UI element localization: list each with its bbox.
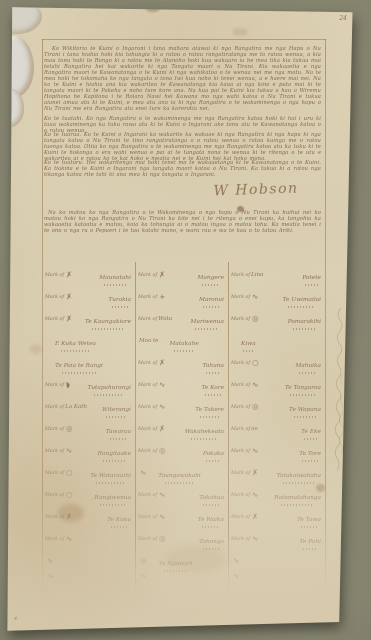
signatory-name-block: Te Eke xyxy=(301,418,321,440)
signature-grid-cell: Mark of∿Te Tangaroa xyxy=(228,374,325,396)
signatory-name-block: Te Wapana xyxy=(289,396,321,418)
signature-grid-cell: Mark of✗Mangere xyxy=(135,264,228,286)
signatory-name: Te Watarauihi xyxy=(90,473,131,479)
squiggle-mark-icon: ∿ xyxy=(47,557,54,565)
mark-of-label: Mark of xyxy=(231,273,250,278)
mark-of-label: Mark of xyxy=(45,471,64,476)
signatory-name: Te Pahi xyxy=(300,539,321,545)
mark-of-label: Mark of xyxy=(231,405,250,410)
signatory-name-block: Potete xyxy=(302,264,321,286)
signatory-name: Kiwa xyxy=(241,341,256,347)
signatory-name-block: Tahuna xyxy=(202,352,224,374)
signature-grid-cell: Mark ofaeTe Eke xyxy=(228,418,325,440)
signatory-name-block: Ratamutahanga xyxy=(274,484,321,506)
docket-annotation xyxy=(331,294,343,474)
mark-script-text: ae xyxy=(251,426,258,432)
signatory-name-block: Rangiwenua xyxy=(94,484,131,506)
corner-notation: 4. xyxy=(14,616,19,622)
signatory-name: Te Paia te Rangi xyxy=(55,363,103,369)
squiggle-mark-icon: ∿ xyxy=(159,513,166,521)
mark-of-label: Mark of xyxy=(138,295,157,300)
signatory-name-block: Matakahe xyxy=(169,330,198,352)
mark-of-label: Mark of xyxy=(231,515,250,520)
signature-grid-row: Mark of✗TurakiaMark of+MaronuiMark of∿Te… xyxy=(42,286,325,308)
squiggle-mark-icon: ∿ xyxy=(252,381,259,389)
signatory-name: Te Takere xyxy=(195,407,224,413)
signature-grid-row: Mark ofLa KathWiterangiMark of∿Te Takere… xyxy=(42,396,325,418)
signature-grid-cell: Mark of∿Te Uwimailai xyxy=(228,286,325,308)
mark-of-label: Mark of xyxy=(138,427,157,432)
seal-mark-icon: ◎ xyxy=(66,425,74,433)
circle-mark-icon: ○ xyxy=(66,491,74,499)
squiggle-mark-icon: ∿ xyxy=(47,572,54,580)
seal-mark-icon: ◎ xyxy=(159,447,167,455)
signature-grid-cell: Mark of✗Maunatahi xyxy=(42,264,135,286)
signatory-name-block: Pokaka xyxy=(203,440,224,462)
x-mark-icon: ✗ xyxy=(66,513,73,521)
signature-grid-cell: Te Paia te Rangi xyxy=(42,352,135,374)
treaty-article-3: Ko te tuatoru. Hei wakaritenga mai hoki … xyxy=(44,160,321,178)
mark-of-label: Mark of xyxy=(45,515,64,520)
signature-grid-row: E Kuka WeteaMoa teMatakaheKiwa xyxy=(42,330,325,352)
squiggle-mark-icon: ∿ xyxy=(252,535,259,543)
signatory-name: Potete xyxy=(302,275,321,281)
signature-grid-row: ∿∿∿ xyxy=(42,572,325,580)
signatory-name-block: Rangitaake xyxy=(98,440,131,462)
mark-of-label: Mark of xyxy=(45,405,64,410)
mark-script-text: Moa te xyxy=(139,338,158,344)
mark-of-label: Mark of xyxy=(45,273,64,278)
mark-of-label: Mark of xyxy=(231,537,250,542)
squiggle-mark-icon: ∿ xyxy=(140,572,147,580)
mark-of-label: Mark of xyxy=(138,449,157,454)
signatory-name: Tawarau xyxy=(106,429,131,435)
signatory-name-block: Te Paia te Rangi xyxy=(55,352,103,374)
signatory-name-block: Maronui xyxy=(199,286,224,308)
seal-mark-icon: ◎ xyxy=(252,315,260,323)
signature-grid-row: Mark of◗TutapahurangiMark of∿Te KoreMark… xyxy=(42,374,325,396)
mark-of-label: Mark of xyxy=(138,405,157,410)
signatory-name: Turakia xyxy=(108,297,131,303)
squiggle-mark-icon: ∿ xyxy=(252,293,259,301)
signature-grid-row: Mark of○RangiwenuaMark of∿TakahuaMark of… xyxy=(42,484,325,506)
mark-of-label: Mark of xyxy=(45,449,64,454)
stain xyxy=(232,28,248,36)
torn-patch xyxy=(2,4,42,34)
mark-of-label: Mark of xyxy=(138,273,157,278)
signatory-name-block: Te Kaungakiore xyxy=(85,308,131,330)
signature-grid-cell: Mark of◎Tohonga xyxy=(135,528,228,550)
seal-mark-icon: ◎ xyxy=(252,403,260,411)
signatory-name: Wakahekeata xyxy=(185,429,224,435)
signature-grid-cell: Mark of∿Ratamutahanga xyxy=(228,484,325,506)
seal-mark-icon: ◎ xyxy=(159,535,167,543)
signatory-name-block: Te Tawa xyxy=(297,506,321,528)
frame-right-rule xyxy=(325,39,326,593)
mark-of-label: Mark of xyxy=(45,383,64,388)
signature-grid-row: Mark of✗Te KukuMark of∿Te WaikaMark of✗T… xyxy=(42,506,325,528)
signature-grid-row: ∿◎Te Ngawari∿ xyxy=(42,550,325,572)
signatory-name-block: Te Pahi xyxy=(300,528,321,550)
attestation-paragraph: Na ko matou ko nga Rangatira o te Wakami… xyxy=(44,210,321,234)
signatory-name-block: Te Ngawari xyxy=(159,550,193,572)
squiggle-mark-icon: ∿ xyxy=(140,469,147,477)
signatory-name: E Kuka Wetea xyxy=(55,341,96,347)
signatory-name: Takahua xyxy=(199,495,224,501)
signatory-name-block: Te Watarauihi xyxy=(90,462,131,484)
signatory-name: Te Tangaroa xyxy=(285,385,321,391)
signatory-name: Taungawakahi xyxy=(158,473,200,479)
signature-grid-row: Mark of✗MaunatahiMark of✗MangereMark ofL… xyxy=(42,264,325,286)
signatory-name-block: Te Uwimailai xyxy=(283,286,321,308)
signatory-name: Ratamutahanga xyxy=(274,495,321,501)
circle-mark-icon: ○ xyxy=(66,469,74,477)
plus-mark-icon: + xyxy=(159,293,166,301)
x-mark-icon: ✗ xyxy=(66,315,73,323)
squiggle-mark-icon: ∿ xyxy=(233,557,240,565)
signatory-name: Muriwenua xyxy=(190,319,224,325)
signatory-name: Matakahe xyxy=(169,341,198,347)
signatory-name: Te Kuku xyxy=(107,517,131,523)
signatory-name-block: Te Waika xyxy=(198,506,224,528)
squiggle-mark-icon: ∿ xyxy=(66,535,73,543)
frame-top-rule xyxy=(42,39,326,40)
signatory-name-block: Te Kore xyxy=(201,374,224,396)
mark-of-label: Mark of xyxy=(138,493,157,498)
signatory-name-block: E Kuka Wetea xyxy=(55,330,96,352)
page-number: 24 xyxy=(339,15,347,22)
mark-of-label: Mark of xyxy=(138,361,157,366)
mark-of-label: Mark of xyxy=(45,537,64,542)
signature-grid-cell: ∿ xyxy=(228,572,325,580)
signature-grid-cell: Mark of○Te Watarauihi xyxy=(42,462,135,484)
signatory-name: Te Tawa xyxy=(297,517,321,523)
signature-grid-cell: Mark of∿Te Pahi xyxy=(228,528,325,550)
photo-background: 24 Ko Wikitoria te Kuini o Ingarani i ta… xyxy=(0,0,371,640)
signature-grid-cell: Mark of∿Te Waika xyxy=(135,506,228,528)
signature-grid-cell: Moa teMatakahe xyxy=(135,330,228,352)
mark-of-label: Mark of xyxy=(231,471,250,476)
signatory-name: Tutapahurangi xyxy=(87,385,131,391)
signatory-name-block: Turakia xyxy=(108,286,131,308)
leaf-mark-icon: ◗ xyxy=(66,381,71,389)
signature-grid-cell: ∿ xyxy=(135,572,228,580)
torn-patch xyxy=(0,88,24,128)
signature-grid-cell: ∿ xyxy=(228,550,325,572)
squiggle-mark-icon: ∿ xyxy=(233,572,240,580)
hobson-signature: W Hobson xyxy=(191,180,321,201)
treaty-preamble: Ko Wikitoria te Kuini o Ingarani i tana … xyxy=(44,46,321,112)
signatory-name: Tatakaiwahaha xyxy=(277,473,321,479)
x-mark-icon: ✗ xyxy=(66,271,73,279)
signature-grid-cell: Mark of◎Te Wapana xyxy=(228,396,325,418)
squiggle-mark-icon: ∿ xyxy=(66,447,73,455)
signatory-name: Rangitaake xyxy=(98,451,131,457)
signature-grid: Mark of✗MaunatahiMark of✗MangereMark ofL… xyxy=(42,264,325,514)
mark-of-label: Mark of xyxy=(45,295,64,300)
signatory-name-block: Mahuika xyxy=(295,352,321,374)
treaty-article-2: Ko te tuarua. Ko te Kuini o Ingarani ka … xyxy=(44,132,321,162)
mark-of-label: Mark of xyxy=(231,361,250,366)
signatory-name: Mahuika xyxy=(295,363,321,369)
signatory-name-block: Tutapahurangi xyxy=(87,374,131,396)
mark-of-label: Mark of xyxy=(231,383,250,388)
signature-grid-cell: ∿ xyxy=(42,572,135,580)
signature-grid-cell: Mark of+Maronui xyxy=(135,286,228,308)
stain xyxy=(146,5,160,12)
signature-grid-cell: Mark ofLa KathWiterangi xyxy=(42,396,135,418)
signatory-name: Mangere xyxy=(198,275,224,281)
torn-patch xyxy=(0,36,34,98)
signatory-name: Te Tore xyxy=(299,451,321,457)
signature-grid-row: Mark of✗Te KaungakioreMark ofWataMuriwen… xyxy=(42,308,325,330)
signatory-name-block: Te Takere xyxy=(195,396,224,418)
signature-grid-cell: ∿Taungawakahi xyxy=(135,462,228,484)
signatory-name-block: Pomarakihi xyxy=(288,308,321,330)
signatory-name-block: Witerangi xyxy=(102,396,131,418)
signature-grid-cell: Mark of✗Wakahekeata xyxy=(135,418,228,440)
signatory-name: Te Eke xyxy=(301,429,321,435)
mark-of-label: Mark of xyxy=(231,493,250,498)
paper-shadow-wrap: 24 Ko Wikitoria te Kuini o Ingarani i ta… xyxy=(0,0,371,640)
mark-of-label: Mark of xyxy=(45,427,64,432)
signatory-name-block: Takahua xyxy=(199,484,224,506)
mark-of-label: Mark of xyxy=(138,515,157,520)
mark-of-label: Mark of xyxy=(231,295,250,300)
signature-grid-cell: Mark of◗Tutapahurangi xyxy=(42,374,135,396)
squiggle-mark-icon: ∿ xyxy=(252,447,259,455)
signature-grid-cell: ∿ xyxy=(42,550,135,572)
signature-grid-cell: ◎Te Ngawari xyxy=(135,550,228,572)
x-mark-icon: ✗ xyxy=(252,513,259,521)
signature-grid-cell: Mark of∿Takahua xyxy=(135,484,228,506)
x-mark-icon: ✗ xyxy=(159,425,166,433)
signature-grid-cell: Mark of✗Tatakaiwahaha xyxy=(228,462,325,484)
signature-grid-cell: Kiwa xyxy=(228,330,325,352)
signatory-name: Te Waika xyxy=(198,517,224,523)
signatory-name: Pokaka xyxy=(203,451,224,457)
x-mark-icon: ✗ xyxy=(159,271,166,279)
mark-of-label: Mark of xyxy=(138,317,157,322)
signatory-name-block: Tawarau xyxy=(106,418,131,440)
signatory-name: Tohonga xyxy=(199,539,224,545)
signatory-name: Te Kore xyxy=(201,385,224,391)
mark-of-label: Mark of xyxy=(231,317,250,322)
signature-grid-cell: Mark of✗Te Kaungakiore xyxy=(42,308,135,330)
signatory-name-block: Tatakaiwahaha xyxy=(277,462,321,484)
signatory-name: Te Ngawari xyxy=(159,561,193,567)
signature-grid-cell: Mark of∿Te Tore xyxy=(228,440,325,462)
signature-grid-cell: Mark of✗Tahuna xyxy=(135,352,228,374)
signature-grid-cell: Mark of∿ xyxy=(42,528,135,550)
signatory-name-block: Kiwa xyxy=(241,330,256,352)
signatory-name: Rangiwenua xyxy=(94,495,131,501)
mark-script-text: La Kath xyxy=(65,404,87,410)
signature-grid-cell: Mark of○Rangiwenua xyxy=(42,484,135,506)
signature-grid-cell: Mark of✗Te Kuku xyxy=(42,506,135,528)
squiggle-mark-icon: ∿ xyxy=(252,491,259,499)
signatory-name: Te Wapana xyxy=(289,407,321,413)
signature-grid-cell: Mark of◎Pokaka xyxy=(135,440,228,462)
signatory-name: Tahuna xyxy=(202,363,224,369)
signature-grid-row: Mark of∿RangitaakeMark of◎PokakaMark of∿… xyxy=(42,440,325,462)
signature-grid-row: Mark of∿Mark of◎TohongaMark of∿Te Pahi xyxy=(42,528,325,550)
document-paper: 24 Ko Wikitoria te Kuini o Ingarani i ta… xyxy=(6,6,356,632)
mark-of-label: Mark of xyxy=(138,383,157,388)
signature-grid-cell: Mark of◎Tawarau xyxy=(42,418,135,440)
signatory-name-block: Muriwenua xyxy=(190,308,224,330)
mark-of-label: Mark of xyxy=(45,493,64,498)
x-mark-icon: ✗ xyxy=(252,469,259,477)
squiggle-mark-icon: ∿ xyxy=(159,381,166,389)
x-mark-icon: ✗ xyxy=(159,359,166,367)
signatory-name-block: Te Kuku xyxy=(107,506,131,528)
signatory-name-block: Tohonga xyxy=(199,528,224,550)
signature-grid-row: Te Paia te RangiMark of✗TahunaMark of○Ma… xyxy=(42,352,325,374)
mark-of-label: Mark of xyxy=(45,317,64,322)
signature-grid-cell: Mark ofWataMuriwenua xyxy=(135,308,228,330)
circle-mark-icon: ○ xyxy=(252,359,260,367)
signature-grid-row: Mark of◎TawarauMark of✗WakahekeataMark o… xyxy=(42,418,325,440)
signature-grid-cell: Mark of◎Pomarakihi xyxy=(228,308,325,330)
signature-grid-cell: Mark of∿Te Takere xyxy=(135,396,228,418)
signatory-name-block: Te Tangaroa xyxy=(285,374,321,396)
squiggle-mark-icon: ∿ xyxy=(159,491,166,499)
signatory-name: Pomarakihi xyxy=(288,319,321,325)
squiggle-mark-icon: ∿ xyxy=(159,403,166,411)
signatory-name-block: Taungawakahi xyxy=(158,462,200,484)
signatory-name: Maunatahi xyxy=(99,275,131,281)
seal-mark-icon: ◎ xyxy=(140,557,148,565)
signatory-name-block: Wakahekeata xyxy=(185,418,224,440)
signature-grid-cell: Mark of∿Te Kore xyxy=(135,374,228,396)
signature-grid-cell: Mark of✗Te Tawa xyxy=(228,506,325,528)
signatory-name-block: Mangere xyxy=(198,264,224,286)
mark-of-label: Mark of xyxy=(231,427,250,432)
signatory-name-block: Te Tore xyxy=(299,440,321,462)
signatory-name: Witerangi xyxy=(102,407,131,413)
signatory-name: Te Uwimailai xyxy=(283,297,321,303)
signature-grid-cell: Mark of∿Rangitaake xyxy=(42,440,135,462)
signature-grid-row: Mark of○Te Watarauihi∿TaungawakahiMark o… xyxy=(42,462,325,484)
x-mark-icon: ✗ xyxy=(66,293,73,301)
signatory-name-block: Maunatahi xyxy=(99,264,131,286)
mark-script-text: Wata xyxy=(158,316,172,322)
signature-grid-cell: E Kuka Wetea xyxy=(42,330,135,352)
mark-of-label: Mark of xyxy=(231,449,250,454)
mark-script-text: Lina xyxy=(251,272,263,278)
signature-grid-cell: Mark ofLinaPotete xyxy=(228,264,325,286)
signatory-name: Maronui xyxy=(199,297,224,303)
signature-grid-cell: Mark of○Mahuika xyxy=(228,352,325,374)
signatory-name: Te Kaungakiore xyxy=(85,319,131,325)
mark-of-label: Mark of xyxy=(138,537,157,542)
signature-grid-cell: Mark of✗Turakia xyxy=(42,286,135,308)
stain xyxy=(30,344,42,354)
